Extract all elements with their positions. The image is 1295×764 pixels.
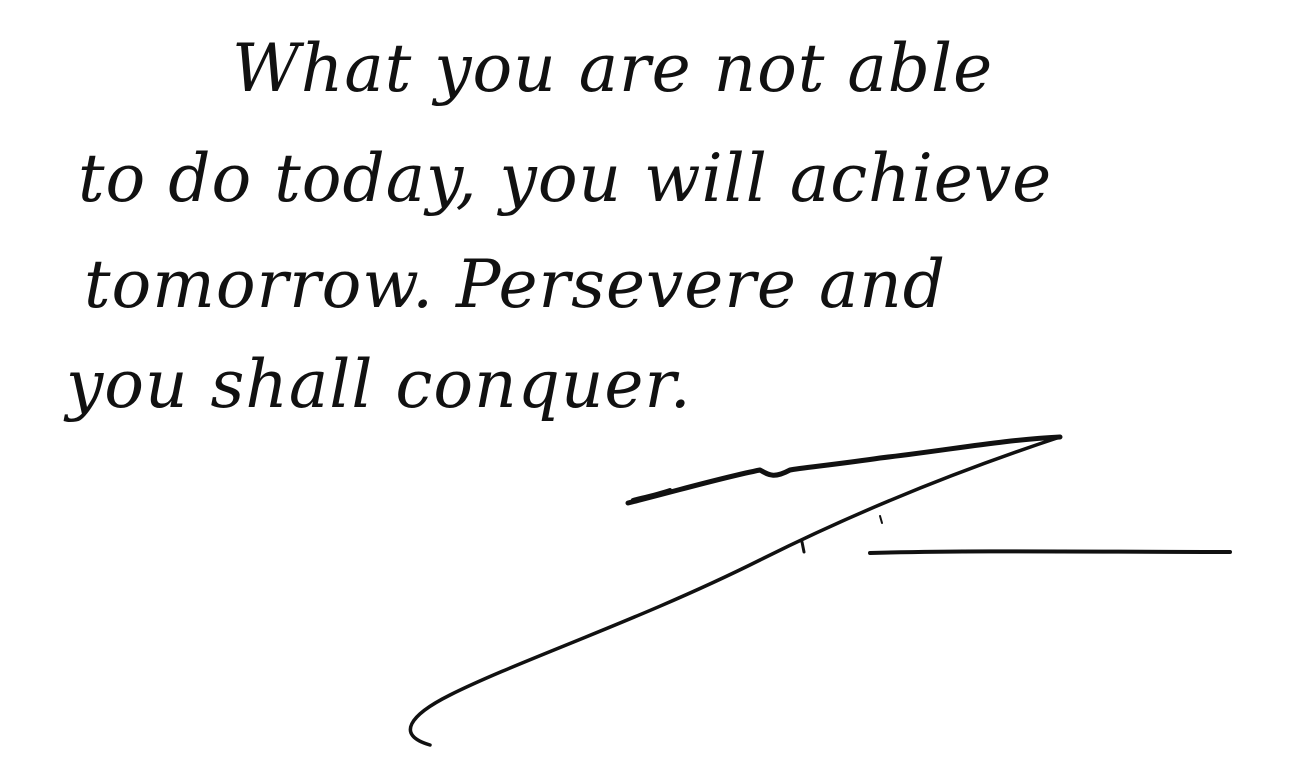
signature-icon: [0, 0, 1295, 764]
handwritten-note: What you are not able to do today, you w…: [0, 0, 1295, 764]
